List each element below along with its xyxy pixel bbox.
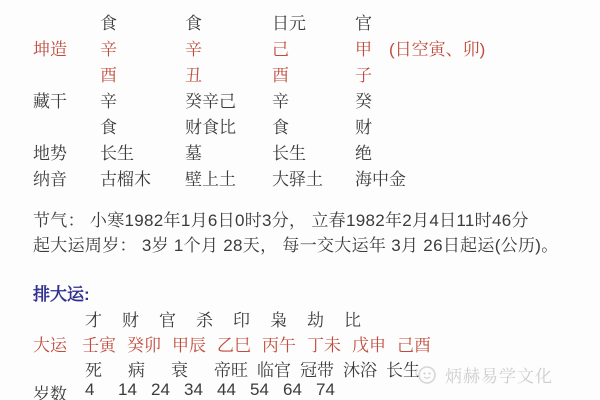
luck-ten-god-cell: 比 (344, 306, 381, 331)
smiley-face-icon (413, 361, 439, 387)
luck-stages-row: 死病衰帝旺临官冠带沐浴长生 (85, 356, 429, 381)
luck-age-cell: 54 (250, 380, 283, 400)
luck-age-cell: 74 (316, 380, 349, 400)
luck-stage-cell: 帝旺 (214, 356, 257, 381)
watermark-text: 炳赫易学文化 (445, 362, 553, 387)
ten-god-cell: 日元 (272, 11, 355, 37)
pillar-row-branches: 酉丑酉子 (33, 63, 485, 89)
hidden-stem-cell: 癸辛己 (185, 89, 272, 115)
luck-pillar-cell: 壬寅 (82, 331, 127, 356)
luck-stage-cell: 病 (128, 356, 171, 381)
luck-pillar-cell: 癸卯 (127, 331, 172, 356)
hidden-god-cell: 食 (100, 115, 185, 141)
luck-stage-cell: 沐浴 (343, 356, 386, 381)
earthly-branch-cell: 酉 (272, 63, 355, 89)
luck-age-cell: 64 (283, 380, 316, 400)
hidden-god-cell: 财食比 (185, 115, 272, 141)
luck-age-cell: 44 (217, 380, 250, 400)
earthly-branch-cell: 子 (355, 63, 485, 89)
luck-pillar-cell: 己酉 (397, 331, 442, 356)
heavenly-stem-cell: 辛 (185, 37, 272, 63)
earthly-branch-cell: 丑 (185, 63, 272, 89)
pillar-row-hidden-gods: 食财食比食财 (33, 115, 485, 141)
pillar-row-life-stage: 地势 长生墓长生绝 (33, 141, 485, 167)
luck-ten-god-cell: 官 (159, 306, 196, 331)
luck-row-label: 大运 (33, 331, 67, 356)
life-stage-cell: 墓 (185, 141, 272, 167)
pillar-row-nayin: 纳音 古榴木壁上土大驿土海中金 (33, 167, 485, 193)
luck-ten-god-cell: 枭 (270, 306, 307, 331)
luck-ten-god-cell: 才 (85, 306, 122, 331)
luck-age-cell: 24 (151, 380, 184, 400)
solar-terms-line: 节气： 小寒1982年1月6日0时3分， 立春1982年2月4日11时46分 (33, 206, 529, 231)
hidden-stem-cell: 癸 (355, 89, 485, 115)
row-label-spacer (33, 11, 100, 37)
pillar-row-stems: 坤造 辛辛己甲 (日空寅、卯) (33, 37, 485, 63)
pillar-row-ten-gods: 食食日元官 (33, 11, 485, 37)
life-stage-cell: 长生 (272, 141, 355, 167)
luck-pillar-cell: 甲辰 (172, 331, 217, 356)
row-label-spacer (33, 63, 100, 89)
nayin-cell: 海中金 (355, 167, 485, 193)
nayin-cell: 古榴木 (100, 167, 185, 193)
luck-age-cell: 14 (118, 380, 151, 400)
watermark: 炳赫易学文化 (413, 361, 553, 387)
nayin-label: 纳音 (33, 167, 100, 193)
life-stage-cell: 绝 (355, 141, 485, 167)
luck-stage-cell: 死 (85, 356, 128, 381)
luck-ten-god-cell: 印 (233, 306, 270, 331)
four-pillars-table: 食食日元官 坤造 辛辛己甲 (日空寅、卯) 酉丑酉子 藏干 辛癸辛己辛癸 食财食… (33, 11, 485, 193)
heavenly-stem-cell: 甲 (355, 37, 389, 63)
luck-pillar-cell: 丁未 (307, 331, 352, 356)
luck-age-cell: 4 (85, 380, 118, 400)
hidden-stems-label: 藏干 (33, 89, 100, 115)
hidden-god-cell: 食 (272, 115, 355, 141)
hidden-stem-cell: 辛 (272, 89, 355, 115)
luck-ten-gods-row: 才财官杀印枭劫比 (85, 306, 381, 331)
nayin-cell: 大驿土 (272, 167, 355, 193)
life-stage-cell: 长生 (100, 141, 185, 167)
luck-stage-cell: 冠带 (300, 356, 343, 381)
luck-pillar-cell: 戊申 (352, 331, 397, 356)
ten-god-cell: 食 (185, 11, 272, 37)
age-row-label: 岁数 (33, 380, 67, 400)
pillar-row-hidden-stems: 藏干 辛癸辛己辛癸 (33, 89, 485, 115)
heavenly-stem-cell: 己 (272, 37, 355, 63)
hidden-god-cell: 财 (355, 115, 485, 141)
bazi-chart-page: 食食日元官 坤造 辛辛己甲 (日空寅、卯) 酉丑酉子 藏干 辛癸辛己辛癸 食财食… (0, 0, 600, 400)
luck-pillar-cell: 丙午 (262, 331, 307, 356)
luck-pillars-row: 壬寅癸卯甲辰乙巳丙午丁未戊申己酉 (82, 331, 442, 356)
earthly-branch-cell: 酉 (100, 63, 185, 89)
life-stage-label: 地势 (33, 141, 100, 167)
luck-section-title: 排大运: (33, 280, 90, 305)
hidden-stem-cell: 辛 (100, 89, 185, 115)
nayin-cell: 壁上土 (185, 167, 272, 193)
luck-age-cell: 34 (184, 380, 217, 400)
row-label-spacer (33, 115, 100, 141)
luck-ten-god-cell: 劫 (307, 306, 344, 331)
ten-god-cell: 食 (100, 11, 185, 37)
luck-pillar-cell: 乙巳 (217, 331, 262, 356)
luck-ages-row: 414243444546474 (85, 380, 349, 400)
luck-start-line: 起大运周岁： 3岁 1个月 28天， 每一交大运年 3月 26日起运(公历)。 (33, 231, 559, 256)
luck-stage-cell: 衰 (171, 356, 214, 381)
ten-god-cell: 官 (355, 11, 485, 37)
luck-stage-cell: 临官 (257, 356, 300, 381)
chart-type-label: 坤造 (33, 37, 100, 63)
luck-ten-god-cell: 杀 (196, 306, 233, 331)
void-branches-note: (日空寅、卯) (389, 37, 485, 63)
heavenly-stem-cell: 辛 (100, 37, 185, 63)
luck-ten-god-cell: 财 (122, 306, 159, 331)
